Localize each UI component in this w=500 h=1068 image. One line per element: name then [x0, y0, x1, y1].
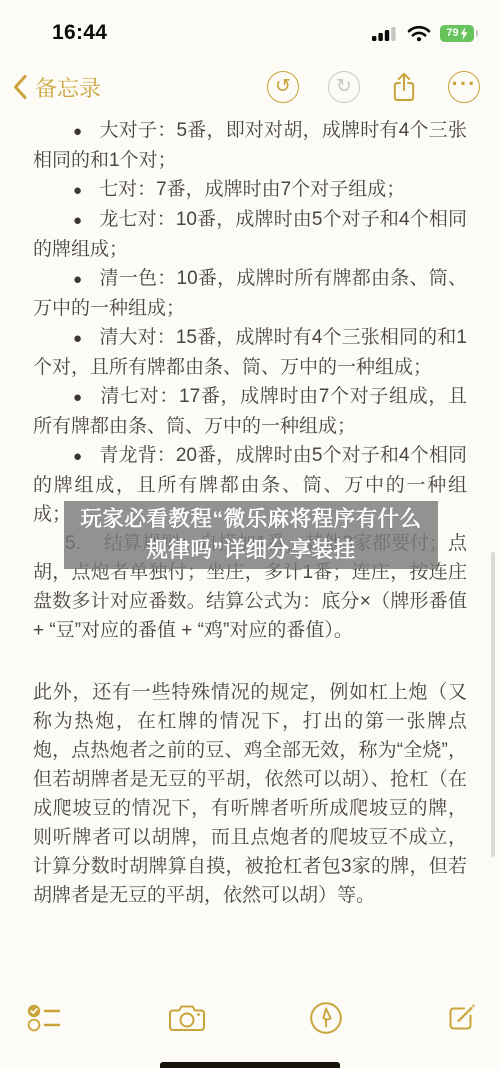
list-marker: ●	[73, 212, 82, 229]
nav-bar: 备忘录 ↺ ↻ ···	[0, 56, 500, 118]
ellipsis-icon: ···	[452, 73, 477, 95]
checklist-icon	[26, 1002, 66, 1034]
list-marker: ●	[73, 330, 82, 347]
battery-percent: 79	[446, 28, 458, 39]
more-button[interactable]: ···	[448, 71, 480, 103]
nav-actions: ↺ ↻ ···	[267, 71, 480, 103]
share-icon	[389, 71, 419, 103]
wifi-icon	[407, 25, 431, 42]
note-text: 此外，还有一些特殊情况的规定，例如杠上炮（又称为热炮，在杠牌的情况下，打出的第一…	[33, 682, 467, 906]
note-text: 清七对：17番，成牌时由7个对子组成，且所有牌都由条、筒、万中的一种组成；	[33, 386, 467, 437]
charging-bolt-icon	[460, 27, 468, 40]
status-bar: 16:44 79	[0, 0, 500, 56]
camera-button[interactable]	[167, 1002, 207, 1034]
list-marker: ●	[73, 448, 82, 465]
list-marker: ●	[73, 182, 82, 199]
redo-icon: ↻	[336, 77, 352, 96]
list-marker: ●	[73, 123, 82, 140]
note-text: 七对：7番，成牌时由7个对子组成；	[99, 179, 405, 200]
status-icons: 79	[372, 25, 478, 42]
undo-icon: ↺	[275, 77, 291, 96]
share-button[interactable]	[389, 71, 419, 103]
notes-app-screen: 16:44 79	[0, 0, 500, 1068]
redo-button[interactable]: ↻	[328, 71, 360, 103]
note-line: ●清大对：15番，成牌时有4个三张相同的和1个对，且所有牌都由条、筒、万中的一种…	[33, 323, 467, 382]
home-indicator[interactable]	[160, 1062, 340, 1068]
note-line: ●清七对：17番，成牌时由7个对子组成，且所有牌都由条、筒、万中的一种组成；	[33, 382, 467, 441]
watermark-overlay: 玩家必看教程“微乐麻将程序有什么 规律吗”详细分享装挂	[64, 501, 438, 569]
compose-button[interactable]	[444, 1001, 478, 1035]
watermark-line1: 玩家必看教程“微乐麻将程序有什么	[80, 504, 421, 535]
note-text: 清一色：10番，成牌时所有牌都由条、筒、万中的一种组成；	[33, 268, 467, 319]
note-text: 清大对：15番，成牌时有4个三张相同的和1个对，且所有牌都由条、筒、万中的一种组…	[33, 327, 467, 378]
list-marker: ●	[73, 271, 82, 288]
compose-icon	[444, 1001, 478, 1035]
back-label: 备忘录	[35, 72, 101, 103]
note-line: ●大对子：5番，即对对胡，成牌时有4个三张相同的和1个对；	[33, 116, 467, 175]
back-button[interactable]: 备忘录	[12, 72, 101, 103]
checklist-button[interactable]	[26, 1002, 66, 1034]
note-line: ●七对：7番，成牌时由7个对子组成；	[33, 175, 467, 205]
cellular-signal-icon	[372, 25, 398, 42]
watermark-line2: 规律吗”详细分享装挂	[146, 535, 355, 566]
note-line: ●龙七对：10番，成牌时由5个对子和4个相同的牌组成；	[33, 205, 467, 264]
list-marker: ●	[73, 389, 83, 406]
chevron-left-icon	[12, 74, 28, 100]
markup-button[interactable]	[309, 1001, 343, 1035]
pen-markup-icon	[309, 1001, 343, 1035]
note-text: 龙七对：10番，成牌时由5个对子和4个相同的牌组成；	[33, 209, 467, 260]
note-text: 大对子：5番，即对对胡，成牌时有4个三张相同的和1个对；	[33, 120, 467, 171]
battery-indicator: 79	[440, 25, 478, 42]
scrollbar[interactable]	[491, 552, 495, 857]
undo-button[interactable]: ↺	[267, 71, 299, 103]
bottom-toolbar	[0, 990, 500, 1046]
camera-icon	[167, 1002, 207, 1034]
note-line: 此外，还有一些特殊情况的规定，例如杠上炮（又称为热炮，在杠牌的情况下，打出的第一…	[33, 678, 467, 910]
status-time: 16:44	[52, 21, 107, 45]
note-line: ●清一色：10番，成牌时所有牌都由条、筒、万中的一种组成；	[33, 264, 467, 323]
